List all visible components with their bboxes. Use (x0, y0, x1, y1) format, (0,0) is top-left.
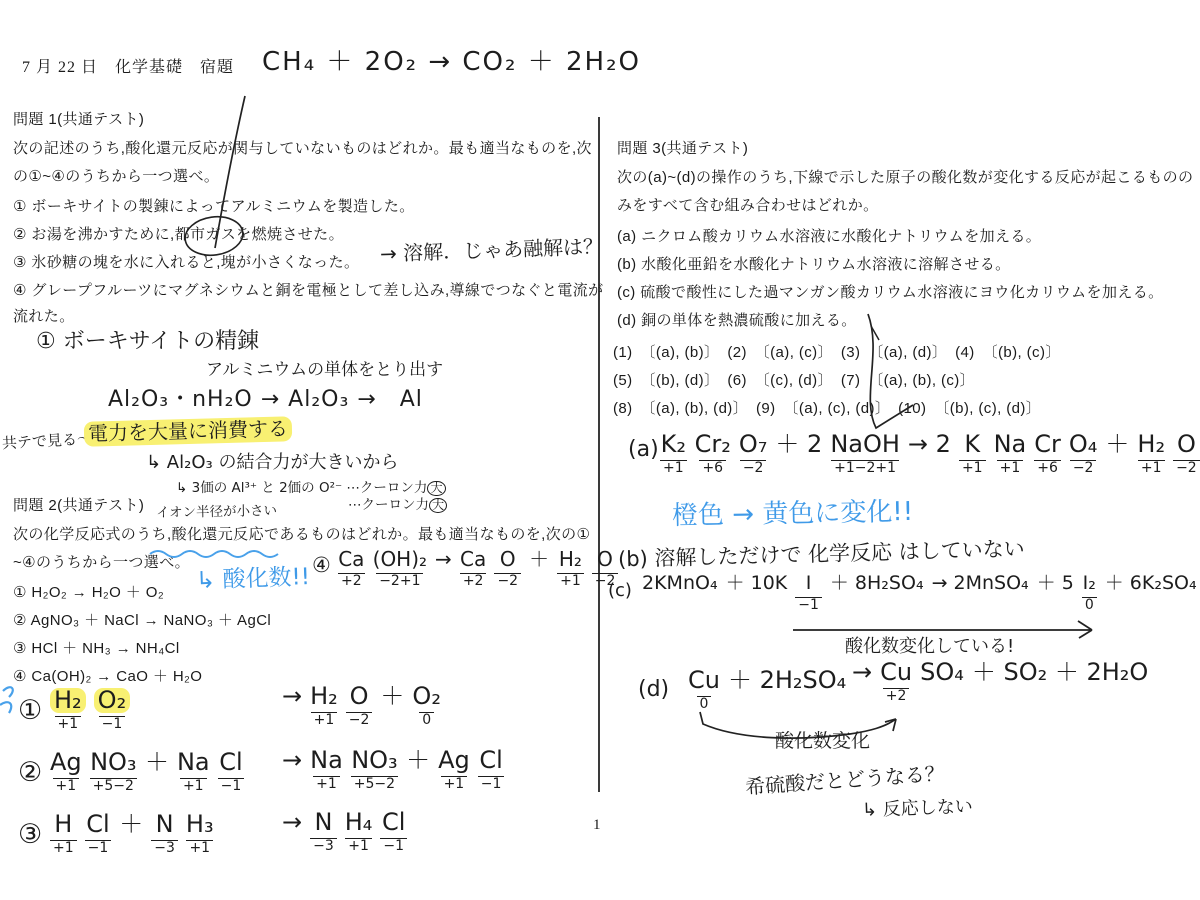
chem-token: Ag+1 (50, 750, 82, 794)
chem-token: → 2 (908, 432, 951, 457)
chem-token: O−2 (494, 549, 521, 589)
chem-token: NO₃+5−2 (90, 750, 137, 794)
chem-token: H₄+1 (345, 810, 373, 854)
hand-eq4-label: ④ (312, 552, 331, 578)
chem-token: Cl−1 (380, 810, 407, 854)
chem-token: ＋ 2H₂SO₄ (728, 668, 846, 693)
chem-token: → (282, 684, 302, 709)
chem-token: H₂+1 (557, 549, 584, 589)
chem-token: ＋ 5 (1037, 574, 1074, 594)
problem1-item-3: ③ 氷砂糖の塊を水に入れると,塊が小さくなった。 (13, 254, 359, 273)
hand-bond-strength-note: ↳ Al₂O₃ の結合力が大きいから (146, 452, 398, 475)
chem-token: Ag+1 (438, 748, 470, 792)
chem-token: O−2 (346, 684, 373, 728)
chem-token: Cu+2 (880, 660, 912, 704)
chem-token: H₂+1 (1137, 432, 1165, 476)
problem3-options-row2: (5) 〔(b), (d)〕 (6) 〔(c), (d)〕 (7) 〔(a), … (613, 372, 975, 391)
chem-token: (OH)₂−2+1 (373, 549, 427, 589)
chem-token: Cr+6 (1034, 432, 1061, 476)
chem-token: ＋ (1105, 432, 1129, 457)
hand-coulomb-note-2-text: ⋯クーロン力 (348, 497, 429, 513)
problem1-intro-line1: 次の記述のうち,酸化還元反応が関与していないものはどれか。最も適当なものを,次 (13, 140, 592, 159)
chem-token: → (282, 810, 302, 835)
chem-token: O−2 (1173, 432, 1200, 476)
chem-token: → (852, 660, 872, 685)
chem-token: Ca+2 (338, 549, 365, 589)
hand-blue-oxidation-number-note: ↳ 酸化数!! (196, 563, 311, 596)
hand-note-dissolution: → 溶解．じゃあ融解は？ (380, 234, 604, 267)
chem-token: ＋ 8H₂SO₄ (830, 574, 924, 594)
chem-token: NO₃+5−2 (351, 748, 398, 792)
problem3-title: 問題 3(共通テスト) (617, 140, 748, 159)
problem3-item-d: (d) 銅の単体を熱濃硫酸に加える。 (617, 312, 857, 331)
chem-token: Cu0 (688, 668, 720, 712)
blue-scribble-bottom-left (0, 687, 13, 713)
chem-token: H+1 (50, 812, 77, 856)
chem-token: ＋ (145, 750, 169, 775)
circled-dai-2: 大 (429, 498, 447, 513)
chem-token: → (435, 549, 452, 570)
hand-row3-right: →N−3H₄+1Cl−1 (282, 810, 415, 854)
chem-token: H₂+1 (310, 684, 338, 728)
hand-row3-number: ③ (18, 818, 42, 852)
chem-token: ＋ SO₂ ＋ 2H₂O (972, 660, 1148, 685)
chem-token: O₇−2 (739, 432, 768, 476)
page-number: 1 (593, 816, 602, 835)
hand-blue-color-change-note: 橙色 → 黄色に変化!! (672, 496, 914, 533)
hand-coulomb-note-2: ⋯クーロン力大 (348, 497, 447, 514)
chem-token: ＋ (529, 549, 549, 570)
chem-token: Ca+2 (460, 549, 487, 589)
hand-row3-left: H+1Cl−1＋N−3H₃+1 (50, 812, 222, 856)
chem-token: ＋ (380, 684, 404, 709)
chem-token: ＋ 2 (775, 432, 822, 457)
hand-alumina-equation: Al₂O₃・nH₂O → Al₂O₃ → Al (108, 386, 423, 414)
chem-token: SO₄ (920, 660, 964, 685)
problem3-options-row1: (1) 〔(a), (b)〕 (2) 〔(a), (c)〕 (3) 〔(a), … (613, 344, 1061, 363)
hand-eq-d-label: (d) (638, 676, 669, 704)
hand-eq-a-label: (a) (628, 436, 659, 464)
homework-sheet: 7 月 22 日 化学基礎 宿題 CH₄ ＋ 2O₂ → CO₂ ＋ 2H₂O … (0, 0, 1200, 900)
problem1-intro-line2: の①~④のうちから一つ選べ。 (13, 168, 219, 187)
hand-eq-c-label: (c) (608, 580, 632, 603)
chem-token: Na+1 (177, 750, 210, 794)
chem-token: Cl−1 (218, 750, 245, 794)
chem-token: I₂0 (1082, 574, 1097, 613)
chem-token: O₂−1 (94, 688, 131, 732)
hand-eq-c-equation: 2KMnO₄＋ 10KI−1＋ 8H₂SO₄→ 2MnSO₄＋ 5I₂0＋ 6K… (642, 574, 1200, 613)
problem3-intro-line2: みをすべて含む組み合わせはどれか。 (617, 197, 879, 216)
chem-token: K+1 (959, 432, 986, 476)
hand-row1-number: ① (18, 694, 42, 728)
problem3-intro-line1: 次の(a)~(d)の操作のうち,下線で示した原子の酸化数が変化する反応が起こるも… (617, 169, 1193, 188)
hand-dilute-acid-question: 希硫酸だとどうなる？ (744, 761, 945, 800)
chem-token: → 2MnSO₄ (932, 574, 1029, 594)
problem1-item-4: ④ グレープフルーツにマグネシウムと銅を電極として差し込み,導線でつなぐと電流が (13, 282, 604, 301)
chem-token: O₄−2 (1069, 432, 1098, 476)
chem-token: Cr₂+6 (695, 432, 731, 476)
hand-header-equation: CH₄ ＋ 2O₂ → CO₂ ＋ 2H₂O (262, 46, 641, 79)
hand-ion-radius-note: イオン半径が小さい (156, 503, 277, 522)
chem-token: Cl−1 (478, 748, 505, 792)
hand-coulomb-note-1: ↳ 3価の Al³⁺ と 2価の O²⁻ ⋯クーロン力大 (176, 480, 446, 497)
hand-bauxite-title: ① ボーキサイトの精錬 (36, 328, 259, 356)
chem-token: I−1 (795, 574, 822, 613)
chem-token: ＋ (119, 812, 143, 837)
problem2-item-4: ④ Ca(OH)₂ → CaO ＋ H₂O (13, 668, 202, 687)
problem2-intro-line2: ~④のうちから一つ選べ。 (13, 554, 190, 573)
chem-token: N−3 (310, 810, 337, 854)
column-divider-line (598, 117, 600, 792)
chem-token: 2KMnO₄ (642, 574, 718, 594)
problem2-intro-line1: 次の化学反応式のうち,酸化還元反応であるものはどれか。最も適当なものを,次の① (13, 526, 590, 545)
chem-token: ＋ (406, 748, 430, 773)
chem-token: Na+1 (310, 748, 343, 792)
problem3-item-c: (c) 硫酸で酸性にした過マンガン酸カリウム水溶液にヨウ化カリウムを加える。 (617, 284, 1164, 303)
problem2-title: 問題 2(共通テスト) (13, 497, 144, 516)
hand-row2-number: ② (18, 756, 42, 790)
chem-token: K₂+1 (660, 432, 687, 476)
chem-token: Cl−1 (85, 812, 112, 856)
chem-token: ＋ 6K₂SO₄ (1105, 574, 1197, 594)
pen-check-branch (871, 326, 879, 340)
hand-aluminum-note: アルミニウムの単体をとり出す (206, 360, 443, 381)
hand-row2-left: Ag+1NO₃+5−2＋Na+1Cl−1 (50, 750, 252, 794)
hand-row2-right: →Na+1NO₃+5−2＋Ag+1Cl−1 (282, 748, 512, 792)
chem-token: Na+1 (994, 432, 1027, 476)
hand-coulomb-note-1-text: ↳ 3価の Al³⁺ と 2価の O²⁻ ⋯クーロン力 (176, 480, 427, 496)
header-date-title: 7 月 22 日 化学基礎 宿題 (22, 58, 234, 78)
problem2-item-2: ② AgNO₃ ＋ NaCl → NaNO₃ ＋ AgCl (13, 612, 271, 631)
hand-eq-d-left: Cu0＋ 2H₂SO₄ (688, 668, 854, 712)
hand-no-reaction-note: ↳ 反応しない (862, 796, 974, 822)
chem-token: H₂+1 (50, 688, 86, 732)
circled-dai-1: 大 (427, 481, 445, 496)
chem-token: H₃+1 (186, 812, 214, 856)
chem-token: NaOH+1−2+1 (830, 432, 900, 476)
hand-line-b-note: (b) 溶解しただけで 化学反応 はしていない (618, 536, 1025, 573)
hand-eq-a-equation: K₂+1Cr₂+6O₇−2＋ 2NaOH+1−2+1→ 2K+1Na+1Cr+6… (660, 432, 1200, 476)
hand-eq4-equation: Ca+2(OH)₂−2+1→Ca+2O−2＋H₂+1O−2 (338, 549, 626, 589)
hand-eq-d-right: →Cu+2SO₄＋ SO₂ ＋ 2H₂O (852, 660, 1156, 704)
problem1-item-2: ② お湯を沸かすために,都市ガスを燃焼させた。 (13, 226, 344, 245)
problem2-item-1: ① H₂O₂ → H₂O ＋ O₂ (13, 584, 164, 603)
chem-token: → (282, 748, 302, 773)
hand-arrow-label-c: 酸化数変化している! (845, 636, 1014, 659)
hand-row1-right: →H₂+1O−2＋O₂0 (282, 684, 449, 728)
hand-curve-label-d: 酸化数変化 (775, 730, 870, 754)
chem-token: O₂0 (412, 684, 441, 728)
problem1-item-4-cont: 流れた。 (13, 308, 75, 327)
problem1-item-1: ① ボーキサイトの製錬によってアルミニウムを製造した。 (13, 198, 415, 217)
problem3-options-row3: (8) 〔(a), (b), (d)〕 (9) 〔(a), (c), (d)〕 … (613, 400, 1041, 419)
chem-token: ＋ 10K (726, 574, 788, 594)
problem2-item-3: ③ HCl ＋ NH₃ → NH₄Cl (13, 640, 180, 659)
problem1-title: 問題 1(共通テスト) (13, 111, 144, 130)
problem3-item-b: (b) 水酸化亜鉛を水酸化ナトリウム水溶液に溶解させる。 (617, 256, 1011, 275)
chem-token: N−3 (151, 812, 178, 856)
hand-highlight-electric-power: 電力を大量に消費する (84, 416, 293, 446)
problem3-item-a: (a) ニクロム酸カリウム水溶液に水酸化ナトリウムを加える。 (617, 228, 1041, 247)
hand-row1-left: H₂+1O₂−1 (50, 688, 138, 732)
hand-kyote-note: 共テで見る〜 (2, 430, 93, 453)
